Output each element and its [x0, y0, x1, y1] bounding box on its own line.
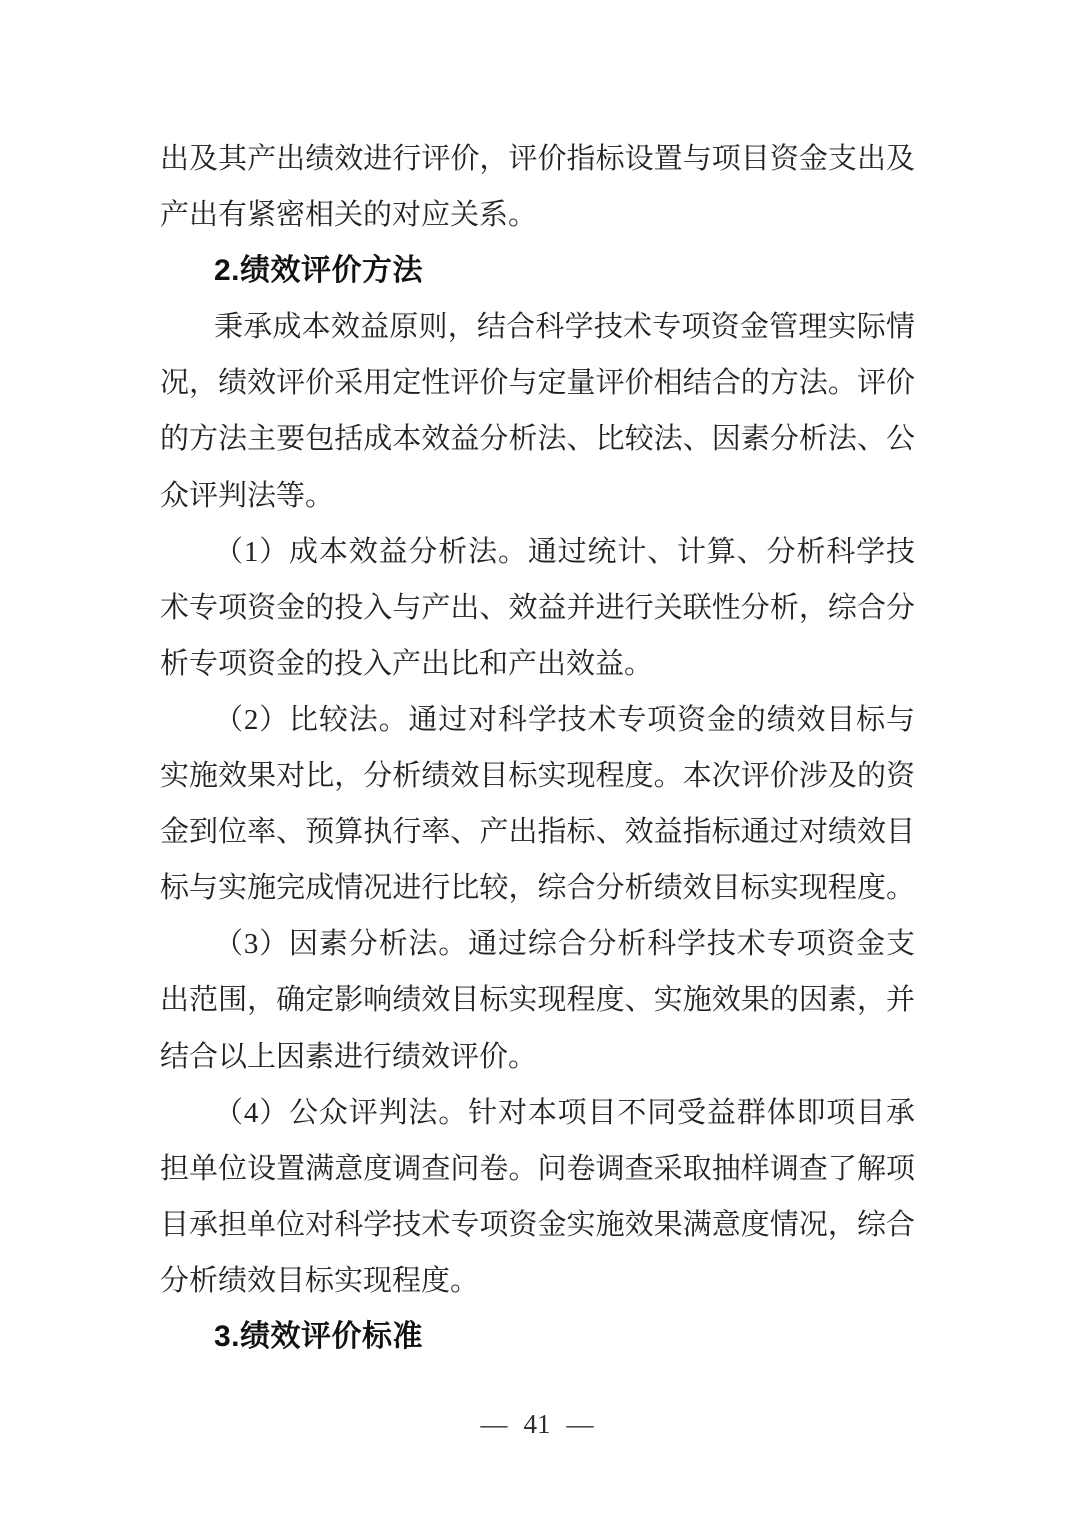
text-line: 2.绩效评价方法: [160, 243, 915, 299]
text-line: 众评判法等。: [160, 468, 915, 524]
text-line: （3）因素分析法。通过综合分析科学技术专项资金支: [160, 916, 915, 972]
page-number: 41: [524, 1409, 551, 1439]
text-line: 秉承成本效益原则，结合科学技术专项资金管理实际情: [160, 299, 915, 355]
text-line: 目承担单位对科学技术专项资金实施效果满意度情况，综合: [160, 1197, 915, 1253]
text-line: 出范围，确定影响绩效目标实现程度、实施效果的因素，并: [160, 972, 915, 1028]
text-line: 出及其产出绩效进行评价，评价指标设置与项目资金支出及: [160, 131, 915, 187]
text-line: 标与实施完成情况进行比较，综合分析绩效目标实现程度。: [160, 860, 915, 916]
text-line: 分析绩效目标实现程度。: [160, 1253, 915, 1309]
document-page: 出及其产出绩效进行评价，评价指标设置与项目资金支出及 产出有紧密相关的对应关系。…: [0, 0, 1074, 1520]
text-line: 结合以上因素进行绩效评价。: [160, 1029, 915, 1085]
text-line: 的方法主要包括成本效益分析法、比较法、因素分析法、公: [160, 411, 915, 467]
text-line: （1）成本效益分析法。通过统计、计算、分析科学技: [160, 524, 915, 580]
footer-dash-right: —: [567, 1409, 594, 1439]
text-line: 产出有紧密相关的对应关系。: [160, 187, 915, 243]
footer-dash-left: —: [481, 1409, 508, 1439]
text-line: 担单位设置满意度调查问卷。问卷调查采取抽样调查了解项: [160, 1141, 915, 1197]
text-line: 术专项资金的投入与产出、效益并进行关联性分析，综合分: [160, 580, 915, 636]
page-footer: —41—: [0, 1404, 1074, 1444]
text-line: 况，绩效评价采用定性评价与定量评价相结合的方法。评价: [160, 355, 915, 411]
document-body: 出及其产出绩效进行评价，评价指标设置与项目资金支出及 产出有紧密相关的对应关系。…: [160, 131, 915, 1365]
text-line: （2）比较法。通过对科学技术专项资金的绩效目标与: [160, 692, 915, 748]
text-line: 3.绩效评价标准: [160, 1309, 915, 1365]
text-line: 实施效果对比，分析绩效目标实现程度。本次评价涉及的资: [160, 748, 915, 804]
text-line: （4）公众评判法。针对本项目不同受益群体即项目承: [160, 1085, 915, 1141]
text-line: 金到位率、预算执行率、产出指标、效益指标通过对绩效目: [160, 804, 915, 860]
text-line: 析专项资金的投入产出比和产出效益。: [160, 636, 915, 692]
